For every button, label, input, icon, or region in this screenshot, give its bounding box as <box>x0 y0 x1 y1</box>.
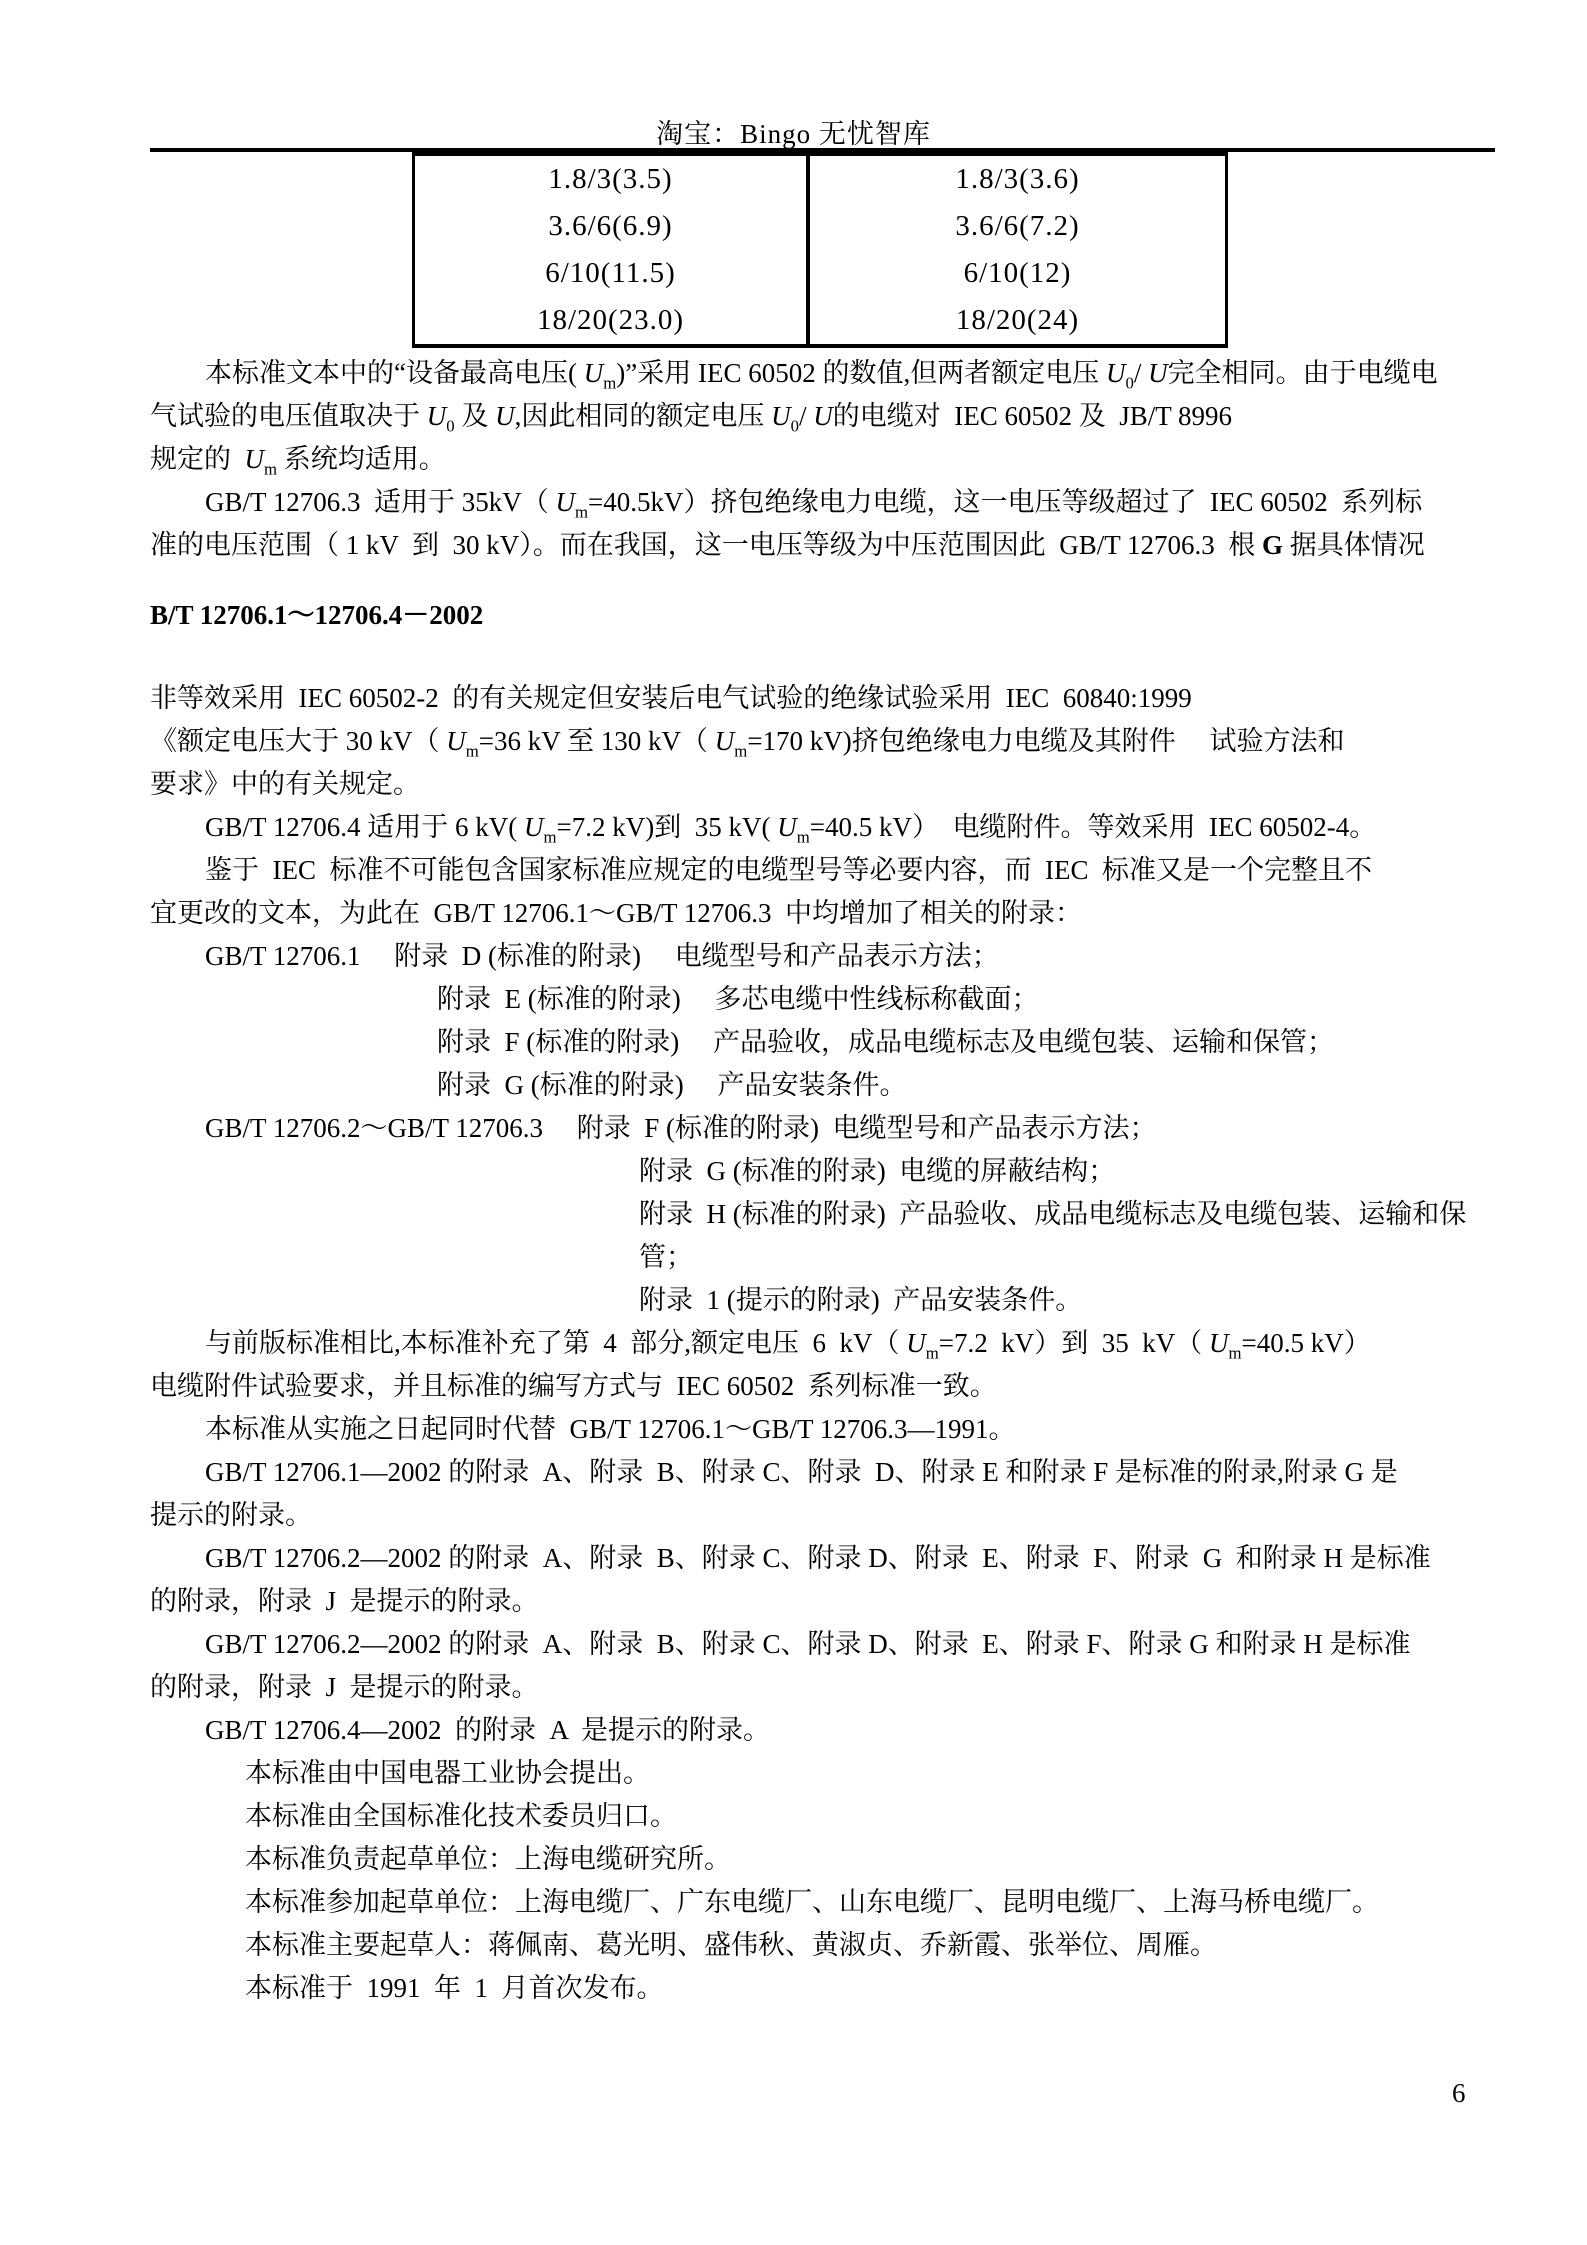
text-line: 本标准负责起草单位：上海电缆研究所。 <box>150 1838 1550 1881</box>
table-cell: 3.6/6(7.2) <box>810 203 1225 250</box>
text-line: 附录 F (标准的附录) 产品验收，成品电缆标志及电缆包装、运输和保管； <box>150 1021 1550 1064</box>
table-cell: 1.8/3(3.6) <box>810 156 1225 203</box>
page-number: 6 <box>1452 2078 1466 2109</box>
table-cell: 6/10(11.5) <box>415 250 810 297</box>
text-line: 非等效采用 IEC 60502-2 的有关规定但安装后电气试验的绝缘试验采用 I… <box>150 677 1550 720</box>
text-line: 规定的 Um 系统均适用。 <box>150 438 1550 481</box>
text-line: 附录 H (标准的附录) 产品验收、成品电缆标志及电缆包装、运输和保 <box>150 1193 1550 1236</box>
text-line: GB/T 12706.2—2002 的附录 A、附录 B、附录 C、附录 D、附… <box>150 1623 1550 1666</box>
text-line: GB/T 12706.1—2002 的附录 A、附录 B、附录 C、附录 D、附… <box>150 1451 1550 1494</box>
text-line: B/T 12706.1～12706.4－2002 <box>150 594 1550 637</box>
text-line: 本标准于 1991 年 1 月首次发布。 <box>150 1967 1550 2010</box>
text-line: 《额定电压大于 30 kV（ Um=36 kV 至 130 kV（ Um=170… <box>150 720 1550 763</box>
text-line: 附录 G (标准的附录) 电缆的屏蔽结构； <box>150 1150 1550 1193</box>
text-line: 附录 E (标准的附录) 多芯电缆中性线标称截面； <box>150 978 1550 1021</box>
text-line: 宜更改的文本，为此在 GB/T 12706.1～GB/T 12706.3 中均增… <box>150 892 1550 935</box>
text-line: 电缆附件试验要求，并且标准的编写方式与 IEC 60502 系列标准一致。 <box>150 1365 1550 1408</box>
text-line: 要求》中的有关规定。 <box>150 763 1550 806</box>
text-line: 鉴于 IEC 标准不可能包含国家标准应规定的电缆型号等必要内容，而 IEC 标准… <box>150 849 1550 892</box>
body-text: 本标准文本中的“设备最高电压( Um)”采用 IEC 60502 的数值,但两者… <box>150 352 1550 2010</box>
text-line: 本标准参加起草单位：上海电缆厂、广东电缆厂、山东电缆厂、昆明电缆厂、上海马桥电缆… <box>150 1881 1550 1924</box>
text-line: 的附录，附录 J 是提示的附录。 <box>150 1666 1550 1709</box>
text-line: 本标准文本中的“设备最高电压( Um)”采用 IEC 60502 的数值,但两者… <box>150 352 1550 395</box>
text-line: 本标准由中国电器工业协会提出。 <box>150 1752 1550 1795</box>
text-line: 的附录，附录 J 是提示的附录。 <box>150 1580 1550 1623</box>
watermark-header: 淘宝：Bingo 无忧智库 <box>0 112 1587 151</box>
text-line: 附录 G (标准的附录) 产品安装条件。 <box>150 1064 1550 1107</box>
text-line: 准的电压范围（ 1 kV 到 30 kV）。而在我国，这一电压等级为中压范围因此… <box>150 524 1550 567</box>
text-line: 本标准主要起草人：蒋佩南、葛光明、盛伟秋、黄淑贞、乔新霞、张举位、周雁。 <box>150 1924 1550 1967</box>
voltage-table: 1.8/3(3.5) 1.8/3(3.6) 3.6/6(6.9) 3.6/6(7… <box>412 148 1228 348</box>
text-line: GB/T 12706.1 附录 D (标准的附录) 电缆型号和产品表示方法； <box>150 935 1550 978</box>
text-line: GB/T 12706.4 适用于 6 kV( Um=7.2 kV)到 35 kV… <box>150 806 1550 849</box>
text-line: 管； <box>150 1236 1550 1279</box>
text-line: GB/T 12706.3 适用于 35kV（ Um=40.5kV）挤包绝缘电力电… <box>150 481 1550 524</box>
text-line: 与前版标准相比,本标准补充了第 4 部分,额定电压 6 kV（ Um=7.2 k… <box>150 1322 1550 1365</box>
text-line: 本标准由全国标准化技术委员归口。 <box>150 1795 1550 1838</box>
text-line: 附录 1 (提示的附录) 产品安装条件。 <box>150 1279 1550 1322</box>
table-cell: 18/20(24) <box>810 297 1225 344</box>
document-page: 淘宝：Bingo 无忧智库 1.8/3(3.5) 1.8/3(3.6) 3.6/… <box>0 0 1587 2245</box>
table-cell: 18/20(23.0) <box>415 297 810 344</box>
text-line: GB/T 12706.2～GB/T 12706.3 附录 F (标准的附录) 电… <box>150 1107 1550 1150</box>
text-line: GB/T 12706.4—2002 的附录 A 是提示的附录。 <box>150 1709 1550 1752</box>
table-cell: 6/10(12) <box>810 250 1225 297</box>
table-cell: 1.8/3(3.5) <box>415 156 810 203</box>
table-cell: 3.6/6(6.9) <box>415 203 810 250</box>
text-line: 提示的附录。 <box>150 1494 1550 1537</box>
text-line: 气试验的电压值取决于 U0 及 U,因此相同的额定电压 U0/ U的电缆对 IE… <box>150 395 1550 438</box>
text-line: 本标准从实施之日起同时代替 GB/T 12706.1～GB/T 12706.3—… <box>150 1408 1550 1451</box>
text-line: GB/T 12706.2—2002 的附录 A、附录 B、附录 C、附录 D、附… <box>150 1537 1550 1580</box>
